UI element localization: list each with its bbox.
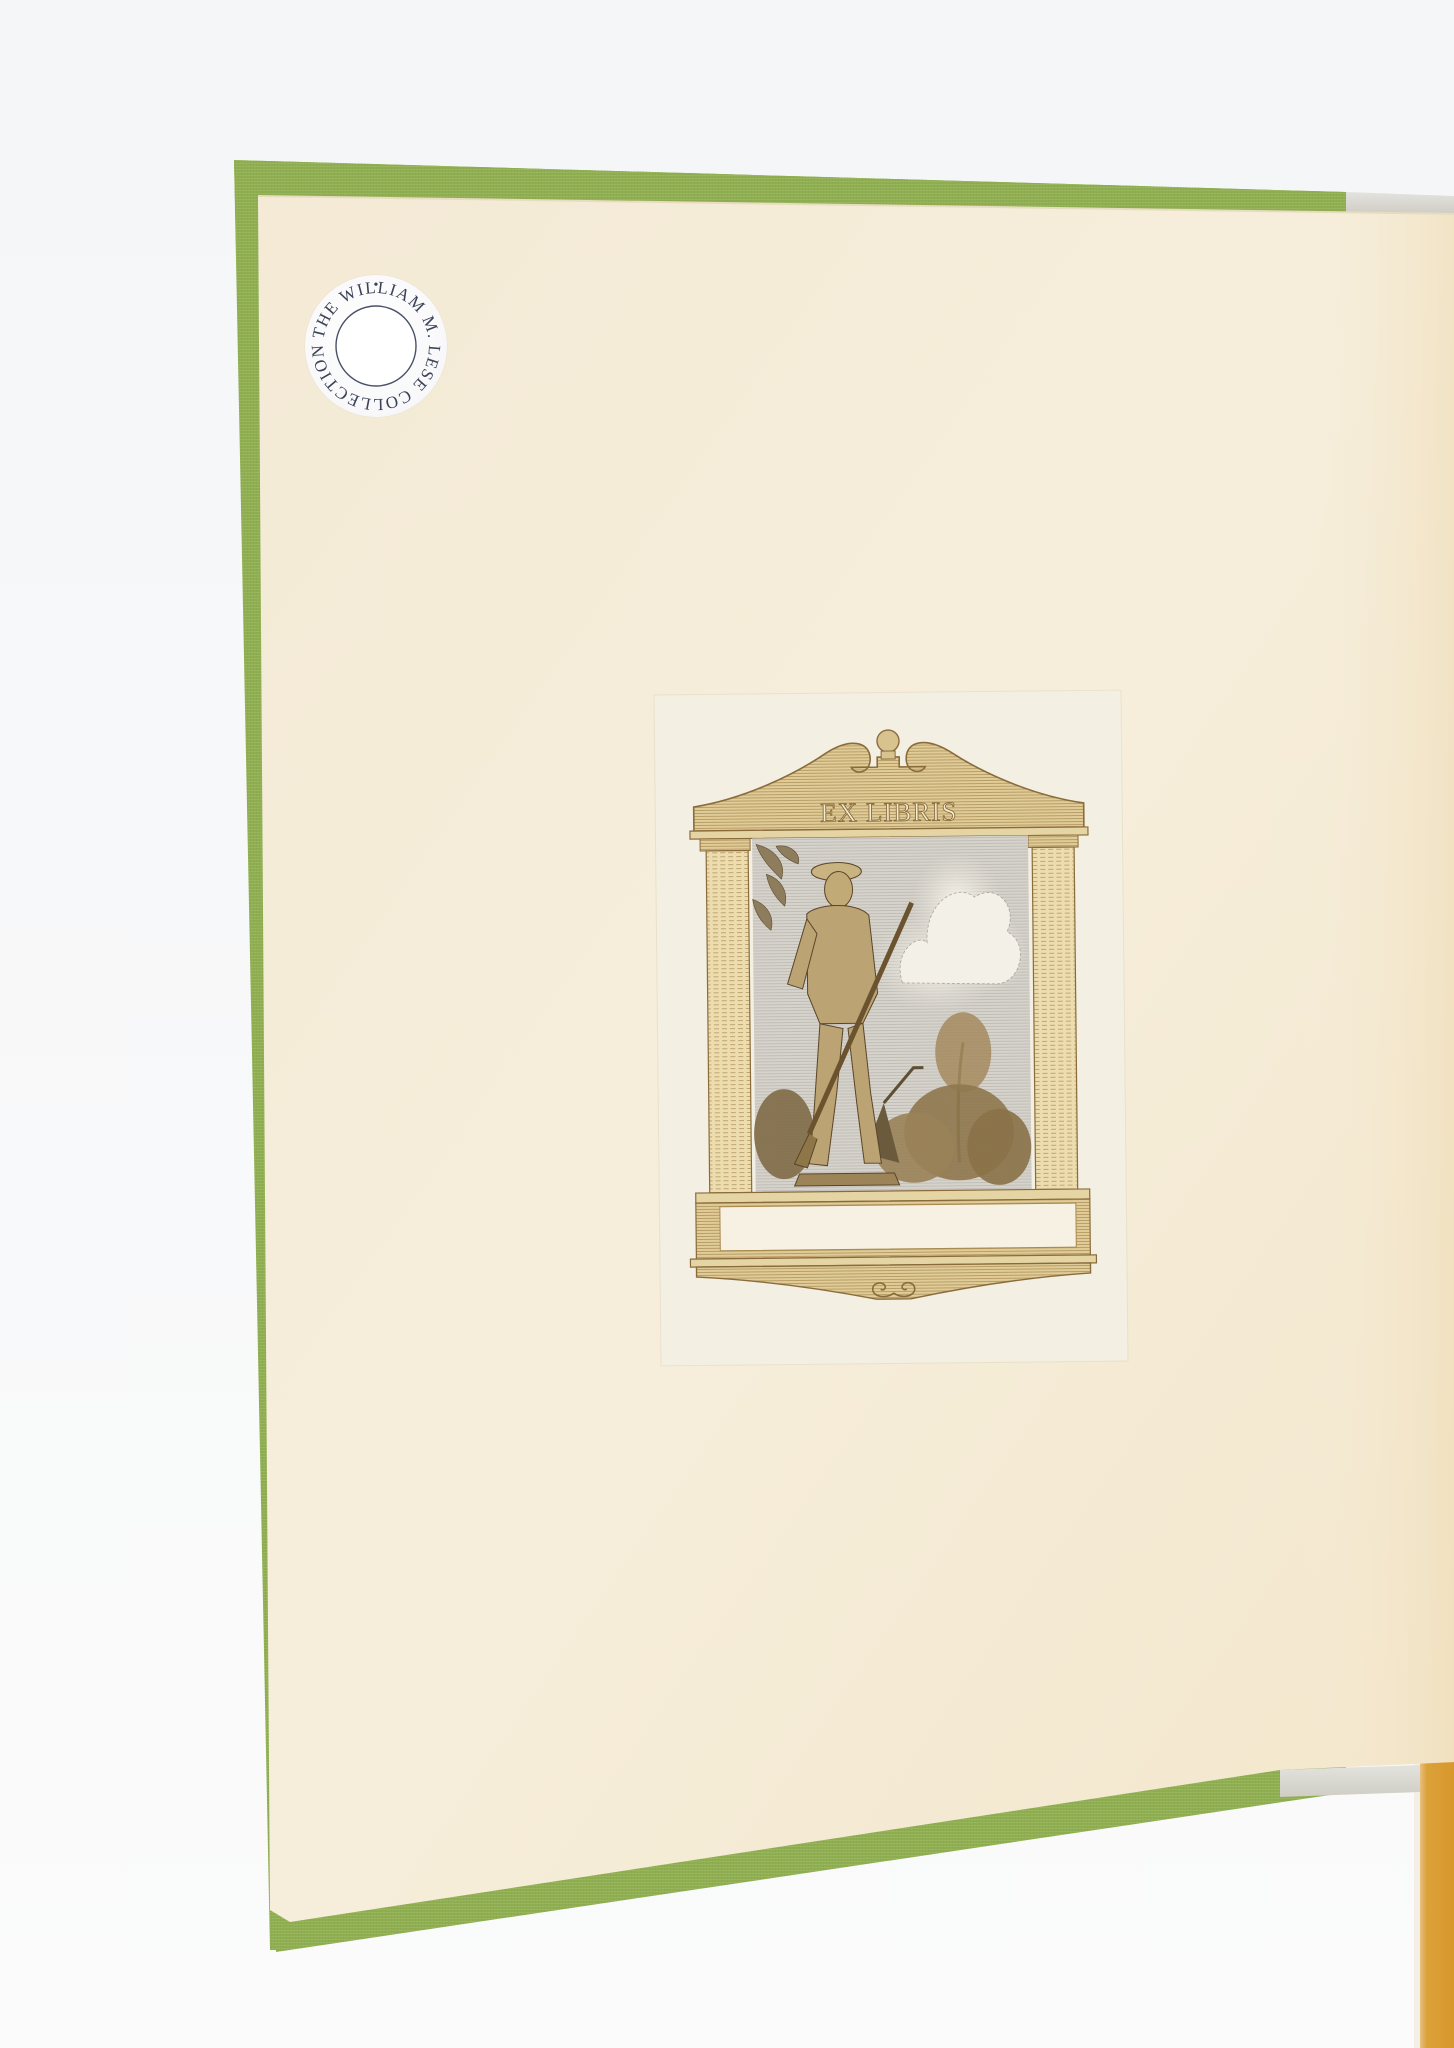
bookplate-name-panel <box>720 1203 1076 1251</box>
collection-sticker: THE WILLIAM M. LESE COLLECTION • <box>305 275 447 417</box>
ex-libris-title: EX LIBRIS <box>820 796 958 827</box>
sticker-separator: • <box>374 278 379 293</box>
bookplate: EX LIBRIS <box>655 691 1128 1366</box>
right-column <box>1032 847 1078 1189</box>
left-column <box>706 850 752 1192</box>
photo-scene: THE WILLIAM M. LESE COLLECTION • <box>0 0 1454 2048</box>
